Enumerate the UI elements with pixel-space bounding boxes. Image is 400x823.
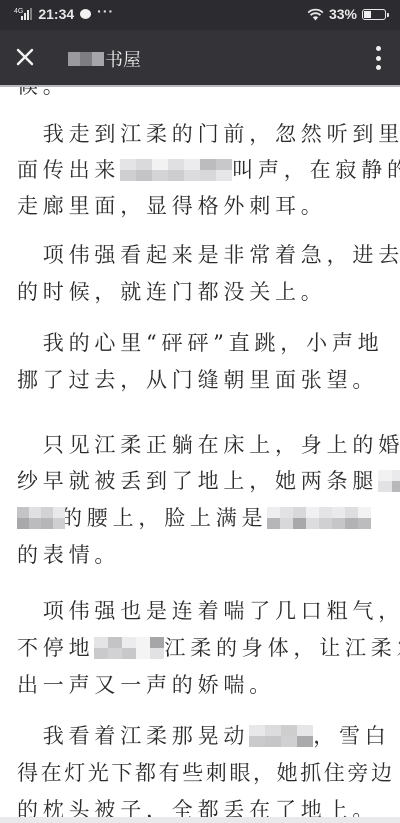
redacted-text-block — [120, 159, 232, 181]
paragraph-line: 我走到江柔的门前，忽然听到里 — [17, 121, 400, 147]
paragraph-line: 面传出来 叫声，在寂静的 — [17, 157, 400, 183]
line-text: 纱早就被丢到了地上，她两条腿 — [17, 469, 378, 493]
status-right: 33% — [307, 6, 386, 22]
top-nav-bar: 书屋 — [0, 30, 400, 87]
text-line-partial: 候。 — [17, 87, 69, 99]
paragraph-line: 挪了过去，从门缝朝里面张望。 — [17, 367, 378, 393]
line-text: 的腰上，脸上满是 — [61, 506, 267, 530]
redacted-text-block — [267, 507, 371, 529]
page-title: 书屋 — [68, 46, 141, 72]
close-icon — [15, 47, 35, 67]
clock: 21:34 — [38, 6, 74, 22]
battery-percent: 33% — [329, 6, 357, 22]
battery-icon — [362, 9, 386, 20]
paragraph-line: 的表情。 — [17, 542, 120, 568]
paragraph-line: 的腰上，脸上满是 — [17, 505, 371, 531]
more-notifications-indicator: ··· — [97, 3, 114, 19]
more-vertical-icon-dot — [376, 56, 381, 61]
line-text: ，雪白 — [313, 724, 390, 748]
paragraph-line: 项伟强看起来是非常着急，进去 — [17, 242, 400, 268]
paragraph-line: 项伟强也是连着喘了几口粗气， — [17, 598, 400, 624]
article-body: 候。 我走到江柔的门前，忽然听到里 面传出来 叫声，在寂静的 走廊里面，显得格外… — [0, 87, 400, 823]
line-text: 我看着江柔那晃动 — [17, 724, 249, 748]
redacted-title-prefix — [68, 52, 104, 66]
paragraph-line: 不停地 江柔的身体，让江柔发 — [17, 635, 400, 661]
redacted-text-block — [378, 470, 400, 492]
more-vertical-icon-dot — [376, 46, 381, 51]
redacted-text-block — [249, 725, 313, 747]
line-text: 江柔的身体，让江柔发 — [164, 636, 400, 660]
more-menu-button[interactable] — [370, 43, 386, 73]
chat-bubble-icon — [80, 9, 91, 19]
status-bar: 4G 21:34 ··· 33% — [0, 0, 400, 30]
paragraph-line: 的时候，就连门都没关上。 — [17, 279, 327, 305]
line-text: 叫声，在寂静的 — [232, 158, 400, 182]
signal-icon: 4G — [14, 8, 32, 20]
redacted-text-block — [94, 637, 164, 659]
more-vertical-icon-dot — [376, 65, 381, 70]
paragraph-line: 我的心里“砰砰”直跳，小声地 — [17, 330, 383, 356]
line-text: 不停地 — [17, 636, 94, 660]
paragraph-line: 得在灯光下都有些刺眼，她抓住旁边 — [17, 760, 395, 786]
page-title-text: 书屋 — [105, 46, 141, 72]
close-button[interactable] — [10, 42, 40, 72]
paragraph-line: 纱早就被丢到了地上，她两条腿 — [17, 468, 400, 494]
redacted-text-block — [17, 507, 65, 529]
paragraph-line: 出一声又一声的娇喘。 — [17, 672, 275, 698]
status-left: 4G 21:34 ··· — [14, 6, 114, 22]
paragraph-line: 只见江柔正躺在床上，身上的婚 — [17, 432, 400, 458]
paragraph-line: 我看着江柔那晃动 ，雪白 — [17, 723, 391, 749]
wifi-icon — [307, 8, 324, 21]
line-text: 面传出来 — [17, 158, 120, 182]
network-type: 4G — [14, 8, 23, 15]
paragraph-line: 走廊里面，显得格外刺耳。 — [17, 193, 327, 219]
bottom-edge — [0, 817, 400, 823]
